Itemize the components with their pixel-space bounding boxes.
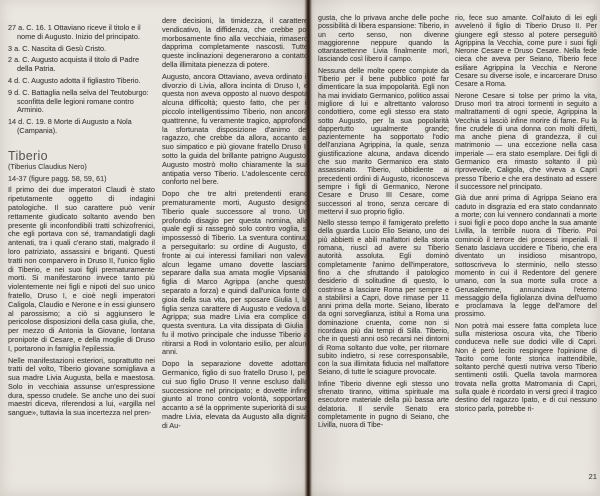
paragraph: Infine Tiberio divenne egli stesso uno s… <box>318 380 449 430</box>
page-number: 21 <box>455 472 597 481</box>
paragraph: Già due anni prima di Agrippa Seiano era… <box>455 194 597 318</box>
right-page-column-1: gusta, che lo privava anche delle poche … <box>318 14 449 433</box>
paragraph: Il primo dei due imperatori Claudi è sta… <box>8 186 155 353</box>
paragraph: gusta, che lo privava anche delle poche … <box>318 14 449 64</box>
paragraph: Nessuna delle molte opere compiute da Ti… <box>318 67 449 216</box>
chronology-entry: 27 a. C. 16. 1 Ottaviano riceve il titol… <box>8 24 155 42</box>
paragraph: rio, fece suo amante. Coll'aiuto di lei … <box>455 14 597 89</box>
book-spine-divider <box>301 0 315 496</box>
book-scan: 27 a. C. 16. 1 Ottaviano riceve il titol… <box>0 0 600 496</box>
paragraph: Nelle manifestazioni esteriori, soprattu… <box>8 357 155 419</box>
chronology-entry: 4 d. C. Augusto adotta il figliastro Tib… <box>8 77 155 86</box>
section-subtitle: (Tiberius Claudius Nero) <box>8 163 155 172</box>
paragraph: Nerone Cesare si tolse per primo la vita… <box>455 92 597 192</box>
right-page-column-2: rio, fece suo amante. Coll'aiuto di lei … <box>455 14 597 416</box>
chronology-list: 27 a. C. 16. 1 Ottaviano riceve il titol… <box>8 24 155 136</box>
section-dates-line: 14-37 (figure pagg. 58, 59, 61) <box>8 175 155 184</box>
chronology-entry: 2 a. C. Augusto acquista il titolo di Pa… <box>8 56 155 74</box>
section-title: Tiberio <box>8 150 155 163</box>
paragraph: Nello stesso tempo il famigerato prefett… <box>318 219 449 377</box>
chronology-entry: 9 d. C. Battaglia nella selva del Teutob… <box>8 89 155 115</box>
chronology-entry: 14 d. C. 19. 8 Morte di Augusto a Nola (… <box>8 118 155 136</box>
left-page-column-1: 27 a. C. 16. 1 Ottaviano riceve il titol… <box>8 24 155 421</box>
gutter-shadow-left <box>266 0 302 496</box>
chronology-entry: 3 a. C. Nascita di Gesù Cristo. <box>8 45 155 54</box>
paragraph: Non potrà mai essere fatta completa luce… <box>455 322 597 413</box>
